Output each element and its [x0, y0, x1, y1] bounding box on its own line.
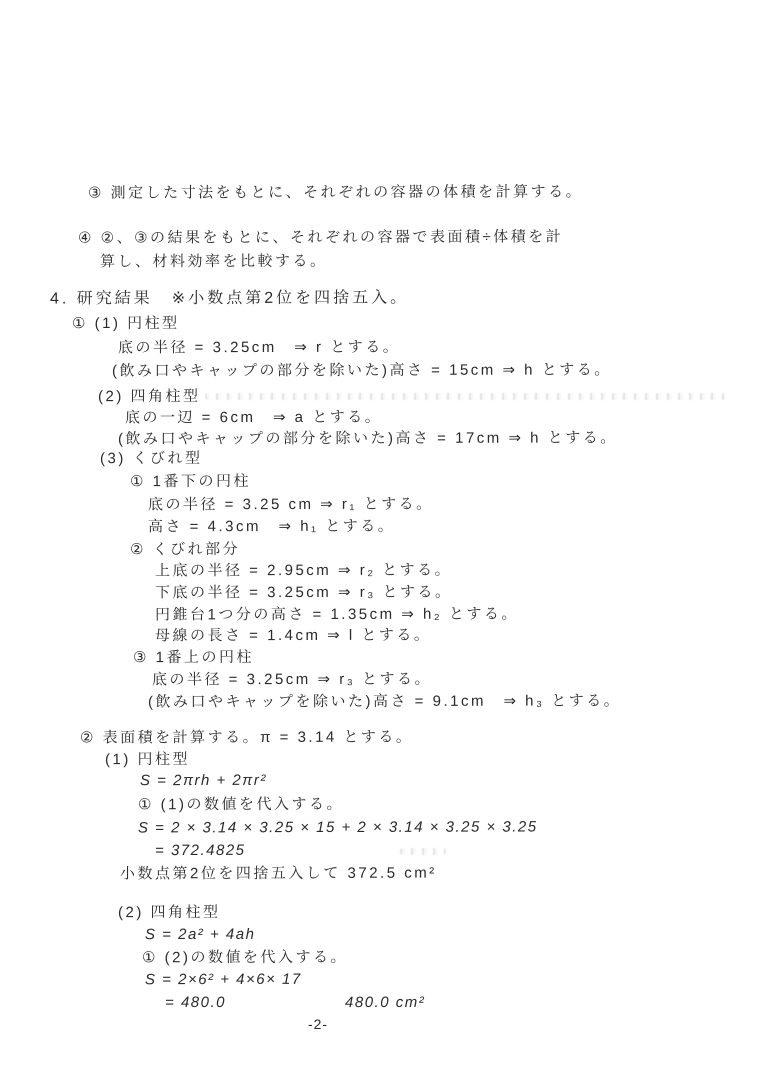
cylinder-substitute-note: ① (1)の数値を代入する。 [138, 795, 344, 816]
note-line-step4-compare-part1: ④ ②、③の結果をもとに、それぞれの容器で表面積÷体積を計 [78, 227, 563, 248]
cylinder-surface-calculation: S = 2 × 3.14 × 3.25 × 15 + 2 × 3.14 × 3.… [138, 817, 538, 838]
cylinder-surface-formula: S = 2πrh + 2πr² [140, 771, 267, 791]
cylinder-height: (飲み口やキャップの部分を除いた)高さ = 15cm ⇒ h とする。 [112, 360, 612, 381]
square-prism-base-edge: 底の一辺 = 6cm ⇒ a とする。 [125, 408, 382, 429]
page-number: -2- [288, 1016, 348, 1032]
waisted-type-heading: (3) くびれ型 [100, 449, 203, 469]
surface-cylinder-heading: (1) 円柱型 [105, 750, 190, 770]
square-prism-type-heading: (2) 四角柱型 [98, 387, 201, 407]
note-line-step4-compare-part2: 算し、材料効率を比較する。 [100, 252, 328, 273]
cylinder-surface-result-raw: = 372.4825 [155, 841, 246, 861]
erased-pencil-marks [205, 393, 725, 400]
cylinder-base-radius: 底の半径 = 3.25cm ⇒ r とする。 [118, 338, 400, 359]
item1-cylinder-type-heading: ① (1) 円柱型 [72, 314, 180, 334]
bottom-cylinder-height: 高さ = 4.3cm ⇒ h₁ とする。 [148, 517, 395, 538]
cylinder-surface-rounded-result: 小数点第2位を四捨五入して 372.5 cm² [120, 864, 437, 885]
waist-part-heading: ② くびれ部分 [130, 540, 240, 560]
square-prism-surface-formula: S = 2a² + 4ah [145, 925, 255, 945]
square-prism-substitute-note: ① (2)の数値を代入する。 [142, 948, 348, 969]
square-prism-surface-calculation: S = 2×6² + 4×6× 17 [145, 970, 302, 990]
top-cylinder-height: (飲み口やキャップを除いた)高さ = 9.1cm ⇒ h₃ とする。 [148, 691, 621, 712]
scanned-page: ③ 測定した寸法をもとに、それぞれの容器の体積を計算する。 ④ ②、③の結果をも… [0, 0, 763, 1080]
note-line-step3-measure-volume: ③ 測定した寸法をもとに、それぞれの容器の体積を計算する。 [88, 182, 583, 203]
waisted-top-cylinder-heading: ③ 1番上の円柱 [133, 648, 254, 668]
slant-length: 母線の長さ = 1.4cm ⇒ l とする。 [155, 626, 431, 647]
square-prism-height: (飲み口やキャップの部分を除いた)高さ = 17cm ⇒ h とする。 [118, 428, 618, 449]
bottom-cylinder-radius: 底の半径 = 3.25 cm ⇒ r₁ とする。 [148, 495, 434, 516]
erased-pencil-dots [400, 848, 446, 855]
item2-surface-area-heading: ② 表面積を計算する。π = 3.14 とする。 [80, 728, 413, 749]
waist-top-radius: 上底の半径 = 2.95cm ⇒ r₂ とする。 [155, 561, 452, 582]
waist-bottom-radius: 下底の半径 = 3.25cm ⇒ r₃ とする。 [155, 583, 453, 604]
section-4-heading-research-results: 4. 研究結果 ※小数点第2位を四捨五入。 [50, 289, 409, 310]
surface-square-prism-heading: (2) 四角柱型 [118, 903, 221, 923]
frustum-height: 円錐台1つ分の高さ = 1.35cm ⇒ h₂ とする。 [155, 605, 519, 626]
square-prism-surface-result-unit: 480.0 cm² [345, 993, 425, 1013]
square-prism-surface-result: = 480.0 [165, 993, 226, 1013]
top-cylinder-radius: 底の半径 = 3.25cm ⇒ r₃ とする。 [152, 670, 432, 691]
waisted-bottom-cylinder-heading: ① 1番下の円柱 [130, 472, 251, 492]
